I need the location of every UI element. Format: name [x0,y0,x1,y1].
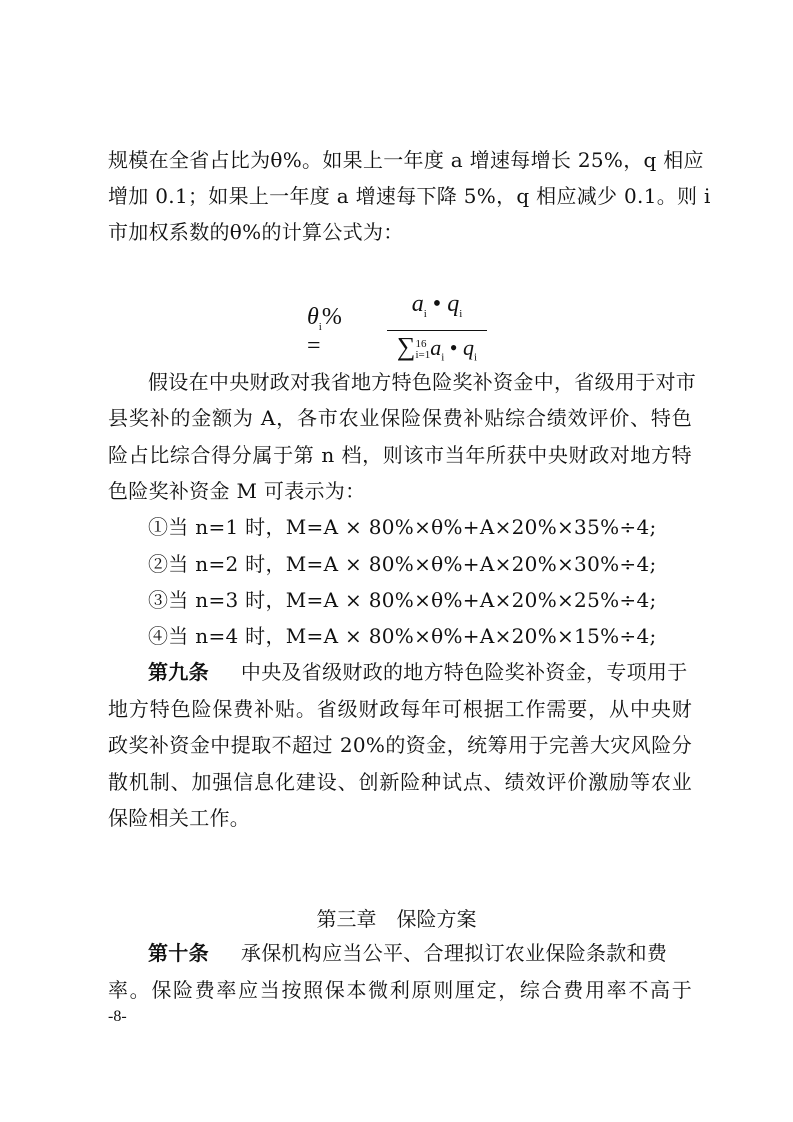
body-text-line: 增加 0.1；如果上一年度 a 增速每下降 5%，q 相应减少 0.1。则 i [108,184,692,208]
article-10-text: 承保机构应当公平、合理拟订农业保险条款和费 [241,941,667,965]
formula-dot: • [427,291,447,317]
formula-a: a [430,335,441,360]
chapter-heading: 第三章 保险方案 [0,903,793,932]
formula-q: q [447,291,459,317]
case-item: ②当 n=2 时，M=A × 80%×θ%+A×20%×30%÷4; [148,552,692,576]
formula-dot: • [444,335,463,360]
article-9-title: 第九条 [148,660,209,684]
article-10-first-line: 第十条承保机构应当公平、合理拟订农业保险条款和费 [148,941,692,965]
body-text-line: 地方特色险保费补贴。省级财政每年可根据工作需要，从中央财 [108,697,692,721]
body-text-line: 假设在中央财政对我省地方特色险奖补资金中，省级用于对市 [148,370,692,394]
formula-numerator: ai • qi [387,290,487,328]
formula-q: q [463,335,474,360]
body-text-line: 散机制、加强信息化建设、创新险种试点、绩效评价激励等农业 [108,770,692,794]
article-9-first-line: 第九条中央及省级财政的地方特色险奖补资金，专项用于 [148,660,692,684]
body-text-line: 险占比综合得分属于第 n 档，则该市当年所获中央财政对地方特 [108,443,692,467]
article-10-title: 第十条 [148,941,209,965]
formula-lhs: θi% = [307,304,342,360]
article-9-text: 中央及省级财政的地方特色险奖补资金，专项用于 [241,660,688,684]
sum-symbol: ∑ [397,332,416,361]
formula-denominator: ∑16i=1ai • qi [387,333,487,371]
body-text-line: 县奖补的金额为 A，各市农业保险保费补贴综合绩效评价、特色 [108,406,692,430]
formula-a: a [412,291,424,317]
body-text-line: 政奖补资金中提取不超过 20%的资金，统筹用于完善大灾风险分 [108,733,692,757]
formula-q-sub: i [459,308,462,320]
formula-theta: θ [307,304,319,330]
body-text-line: 规模在全省占比为θ%。如果上一年度 a 增速每增长 25%，q 相应 [108,148,692,172]
body-text-line: 率。保险费率应当按照保本微利原则厘定，综合费用率不高于 [108,978,692,1002]
formula-fraction: ai • qi ∑16i=1ai • qi [387,290,487,371]
body-text-line: 色险奖补资金 M 可表示为： [108,479,692,503]
case-item: ①当 n=1 时，M=A × 80%×θ%+A×20%×35%÷4; [148,515,692,539]
formula-q-sub: i [474,351,477,363]
case-item: ④当 n=4 时，M=A × 80%×θ%+A×20%×15%÷4; [148,624,692,648]
page-number: -8- [108,1008,127,1026]
body-text-line: 市加权系数的θ%的计算公式为： [108,220,692,244]
sum-lower: i=1 [415,350,430,361]
case-item: ③当 n=3 时，M=A × 80%×θ%+A×20%×25%÷4; [148,588,692,612]
body-text-line: 保险相关工作。 [108,806,692,830]
fraction-bar [387,330,487,331]
